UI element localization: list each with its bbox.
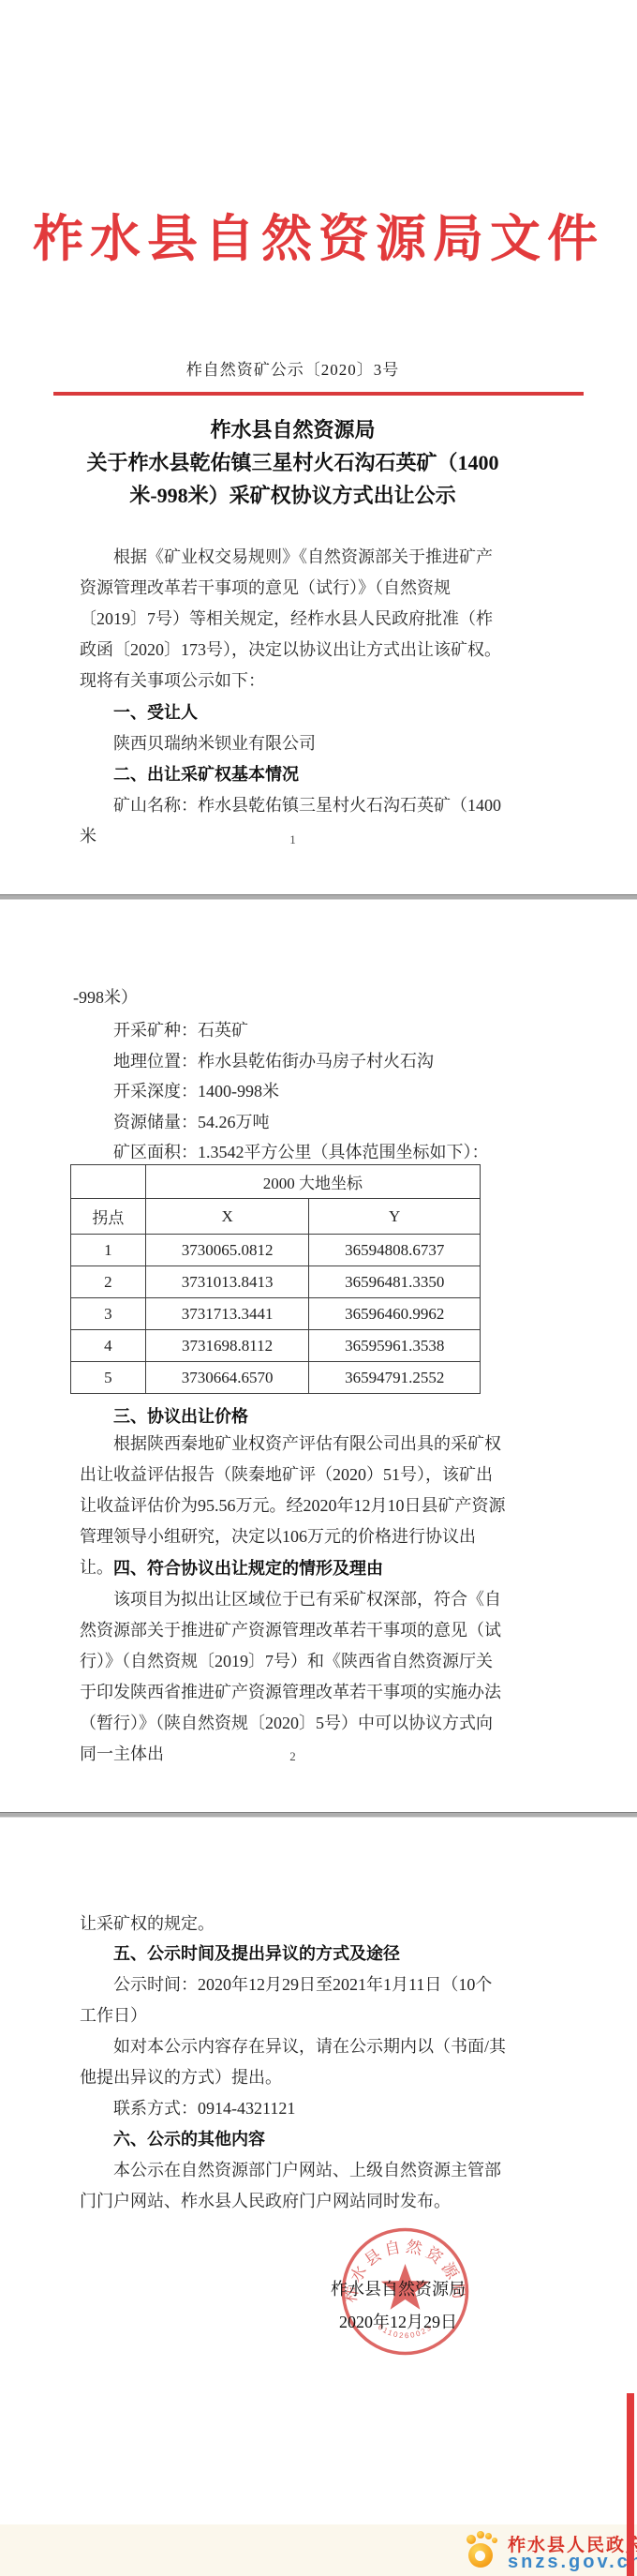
section-heading-6: 六、公示的其他内容 [80,2124,506,2155]
info-item-location: 地理位置：柞水县乾佑街办马房子村火石沟 [80,1046,506,1077]
intro-paragraph: 根据《矿业权交易规则》《自然资源部关于推进矿产资源管理改革若干事项的意见（试行）… [80,542,506,696]
col-header-point: 拐点 [71,1199,146,1235]
basic-info-list: 开采矿种：石英矿 地理位置：柞水县乾佑街办马房子村火石沟 开采深度：1400-9… [80,1015,506,1168]
cell-y: 36596460.9962 [309,1298,481,1330]
page-separator-1 [0,894,637,900]
site-url-text: snzs.gov.cn [508,2552,637,2573]
cell-x: 3731713.3441 [145,1298,309,1330]
table-row: 2 3731013.8413 36596481.3350 [71,1266,481,1298]
info-item-mineral: 开采矿种：石英矿 [80,1015,506,1046]
document-viewer: 柞水县自然资源局文件 柞自然资矿公示〔2020〕3号 柞水县自然资源局 关于柞水… [0,0,637,2576]
document-title-line-3: 米-998米）采矿权协议方式出让公示 [80,479,506,512]
publish-paragraph: 本公示在自然资源部门户网站、上级自然资源主管部门门户网站、柞水县人民政府门户网站… [80,2155,506,2217]
document-title-line-1: 柞水县自然资源局 [80,413,506,446]
table-row: 4 3731698.8112 36595961.3538 [71,1330,481,1362]
document-title: 柞水县自然资源局 关于柞水县乾佑镇三星村火石沟石英矿（1400 米-998米）采… [80,413,506,512]
transferee-name: 陕西贝瑞纳米钡业有限公司 [80,728,506,759]
cell-y: 36596481.3350 [309,1266,481,1298]
cell-x: 3731013.8413 [145,1266,309,1298]
table-group-header-row: 2000 大地坐标 [71,1165,481,1199]
cell-x: 3730065.0812 [145,1235,309,1266]
table-corner-cell [71,1165,146,1199]
table-row: 5 3730664.6570 36594791.2552 [71,1362,481,1394]
section-heading-1: 一、受让人 [80,697,506,728]
sign-date: 2020年12月29日 [309,2309,487,2333]
signer-name: 柞水县自然资源局 [309,2276,487,2300]
footprint-icon [467,2531,500,2570]
cell-y: 36594808.6737 [309,1235,481,1266]
col-header-x: X [145,1199,309,1235]
continuation-line-p2: -998米） [73,982,499,1013]
time-paragraph: 公示时间：2020年12月29日至2021年1月11日（10个工作日） [80,1969,506,2031]
page-number-2: 2 [80,1749,506,1764]
red-header-banner: 柞水县自然资源局文件 [0,199,637,271]
continuation-line-p3: 让采矿权的规定。 [80,1909,506,1939]
page-separator-2 [0,1812,637,1818]
cell-x: 3730664.6570 [145,1362,309,1394]
document-title-line-2: 关于柞水县乾佑镇三星村火石沟石英矿（1400 [80,446,506,479]
cell-point: 4 [71,1330,146,1362]
col-header-y: Y [309,1199,481,1235]
section-heading-4: 四、符合协议出让规定的情形及理由 [80,1553,506,1584]
info-item-depth: 开采深度：1400-998米 [80,1076,506,1107]
cell-point: 3 [71,1298,146,1330]
section-heading-5: 五、公示时间及提出异议的方式及途径 [80,1939,506,1969]
cell-x: 3731698.8112 [145,1330,309,1362]
info-item-reserves: 资源储量：54.26万吨 [80,1107,506,1138]
gov-site-logo[interactable]: 柞水县人民政府 snzs.gov.cn [467,2529,635,2572]
section-heading-2: 二、出让采矿权基本情况 [80,759,506,790]
cell-y: 36594791.2552 [309,1362,481,1394]
contact-line: 联系方式：0914-4321121 [80,2093,506,2124]
objection-paragraph: 如对本公示内容存在异议，请在公示期内以（书面/其他提出异议的方式）提出。 [80,2031,506,2093]
table-header-row: 拐点 X Y [71,1199,481,1235]
page-number-1: 1 [80,832,506,847]
reason-paragraph: 该项目为拟出让区域位于已有采矿权深部，符合《自然资源部关于推进矿产资源管理改革若… [80,1584,506,1770]
cell-point: 5 [71,1362,146,1394]
cell-point: 1 [71,1235,146,1266]
cell-y: 36595961.3538 [309,1330,481,1362]
coordinate-table: 2000 大地坐标 拐点 X Y 1 3730065.0812 36594808… [70,1164,481,1394]
table-group-header: 2000 大地坐标 [145,1165,480,1199]
table-row: 3 3731713.3441 36596460.9962 [71,1298,481,1330]
red-edge-strip [627,2393,634,2576]
table-row: 1 3730065.0812 36594808.6737 [71,1235,481,1266]
cell-point: 2 [71,1266,146,1298]
red-divider-rule [53,392,584,396]
doc-number: 柞自然资矿公示〔2020〕3号 [80,356,506,380]
